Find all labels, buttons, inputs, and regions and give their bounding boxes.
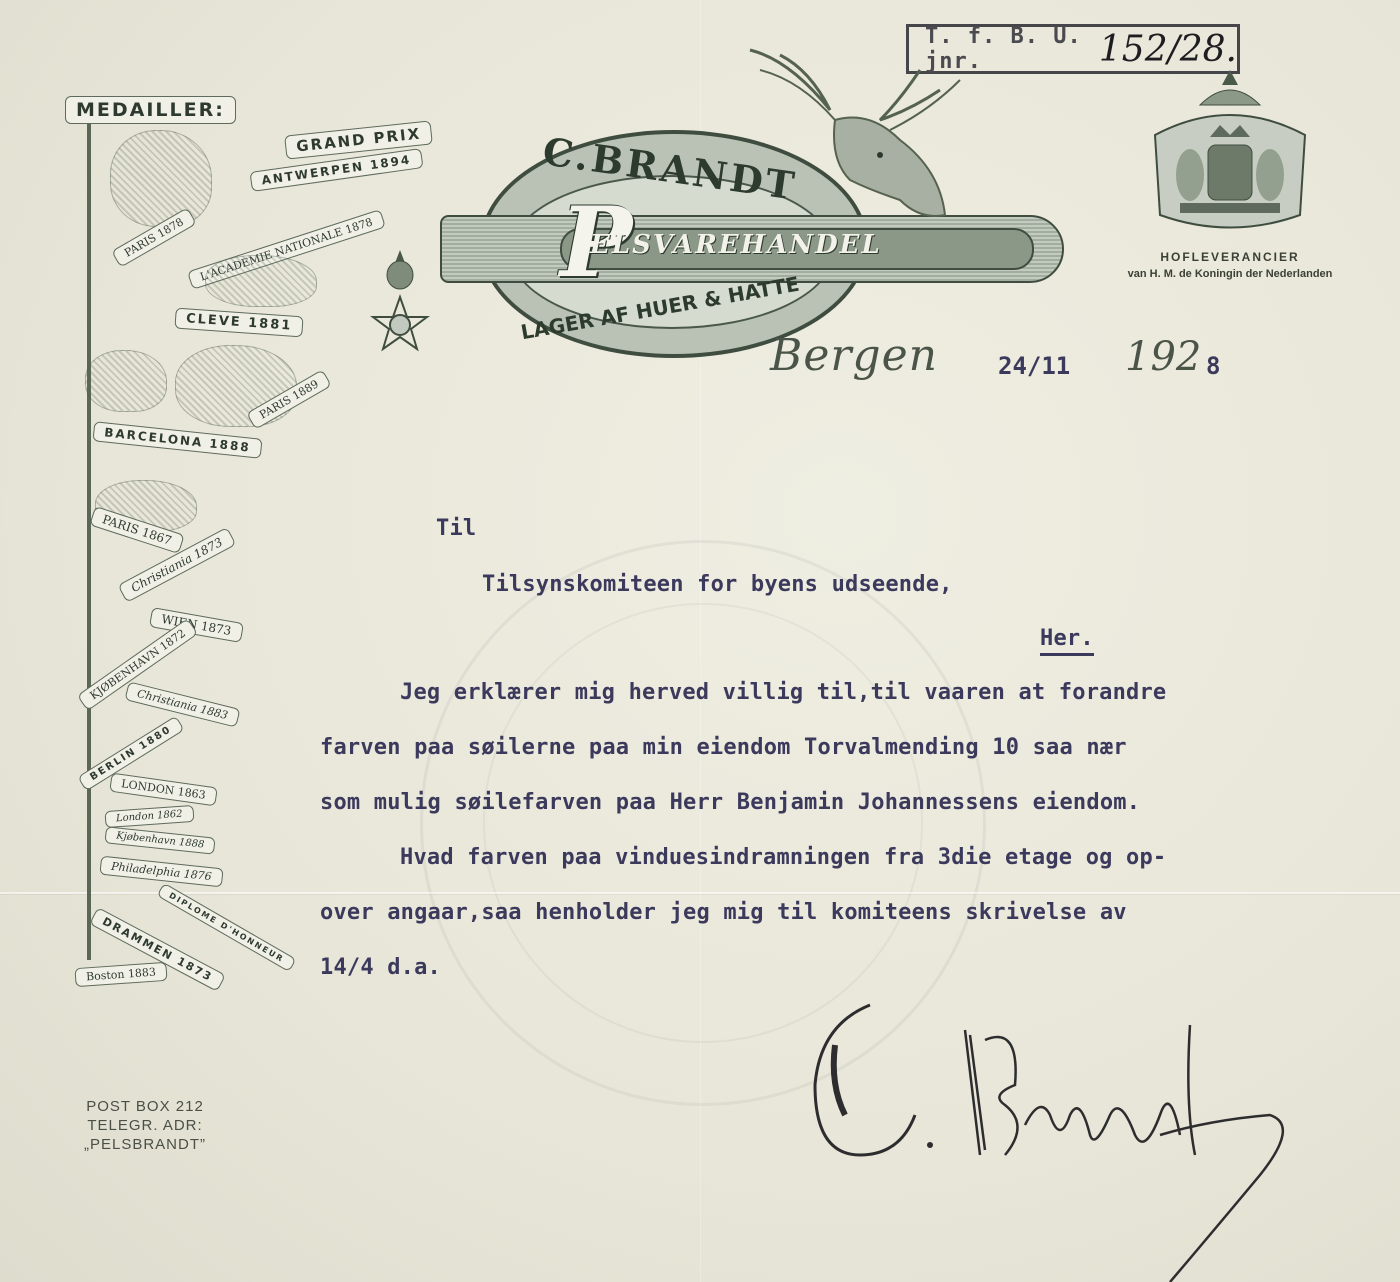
award-cleve: CLEVE 1881	[174, 308, 304, 338]
paragraph-1-line-2: farven paa søilerne paa min eiendom Torv…	[320, 735, 1127, 760]
medals-heading: MEDAILLER:	[65, 96, 236, 124]
paragraph-2-line-2: over angaar,saa henholder jeg mig til ko…	[320, 900, 1127, 925]
year-prefix: 192	[1125, 334, 1201, 380]
letter-paper: T. f. B. U. jnr. 152/28. MEDAILLER: GRAN…	[0, 0, 1400, 1282]
telegraph-label: TELEGR. ADR:	[55, 1116, 235, 1135]
order-medal-icon	[355, 245, 445, 375]
trade-name: ELSVAREHANDEL	[590, 230, 882, 260]
telegraph-address: „PELSBRANDT”	[55, 1135, 235, 1154]
letter-date: 24/11	[998, 352, 1070, 380]
location-text: Her.	[1040, 626, 1094, 656]
award-philadelphia: Philadelphia 1876	[99, 856, 223, 888]
purveyor-subtitle: van H. M. de Koningin der Nederlanden	[1085, 268, 1375, 280]
paragraph-1-line-1: Jeg erklærer mig herved villig til,til v…	[400, 680, 1166, 705]
award-london-1863: LONDON 1863	[109, 773, 218, 807]
year-digit: 8	[1206, 352, 1220, 380]
paragraph-2-line-1: Hvad farven paa vinduesindramningen fra …	[400, 845, 1166, 870]
purveyor-title: HOFLEVERANCIER	[1085, 250, 1375, 264]
royal-crest-icon	[1140, 65, 1320, 245]
recipient: Tilsynskomiteen for byens udseende,	[482, 572, 953, 597]
dateline: Bergen 24/11 192 8	[770, 330, 1250, 390]
paragraph-1-line-3: som mulig søilefarven paa Herr Benjamin …	[320, 790, 1140, 815]
moose-head-icon	[740, 40, 970, 230]
location: Her.	[1040, 626, 1094, 651]
purveyor-notice: HOFLEVERANCIER van H. M. de Koningin der…	[1085, 250, 1375, 280]
salutation: Til	[436, 516, 476, 541]
banner-pole	[87, 120, 91, 960]
stamp-handwritten-number: 152/28.	[1099, 29, 1237, 70]
fox-illustration	[205, 255, 317, 307]
post-box: POST BOX 212	[55, 1097, 235, 1116]
paragraph-2-line-3: 14/4 d.a.	[320, 955, 441, 980]
polar-bear-illustration	[110, 130, 212, 227]
award-boston: Boston 1883	[74, 962, 167, 987]
award-christiania-1883: Christiania 1883	[124, 681, 240, 727]
place-name: Bergen	[770, 330, 938, 381]
award-antwerpen: ANTWERPEN 1894	[249, 148, 423, 192]
handwritten-signature: C. Brandt	[790, 985, 1310, 1282]
contact-footer: POST BOX 212 TELEGR. ADR: „PELSBRANDT”	[55, 1097, 235, 1154]
lynx-illustration	[85, 350, 167, 412]
award-london-1862: London 1862	[105, 805, 195, 828]
award-kjobenhavn-1888: Kjøbenhavn 1888	[104, 826, 216, 854]
